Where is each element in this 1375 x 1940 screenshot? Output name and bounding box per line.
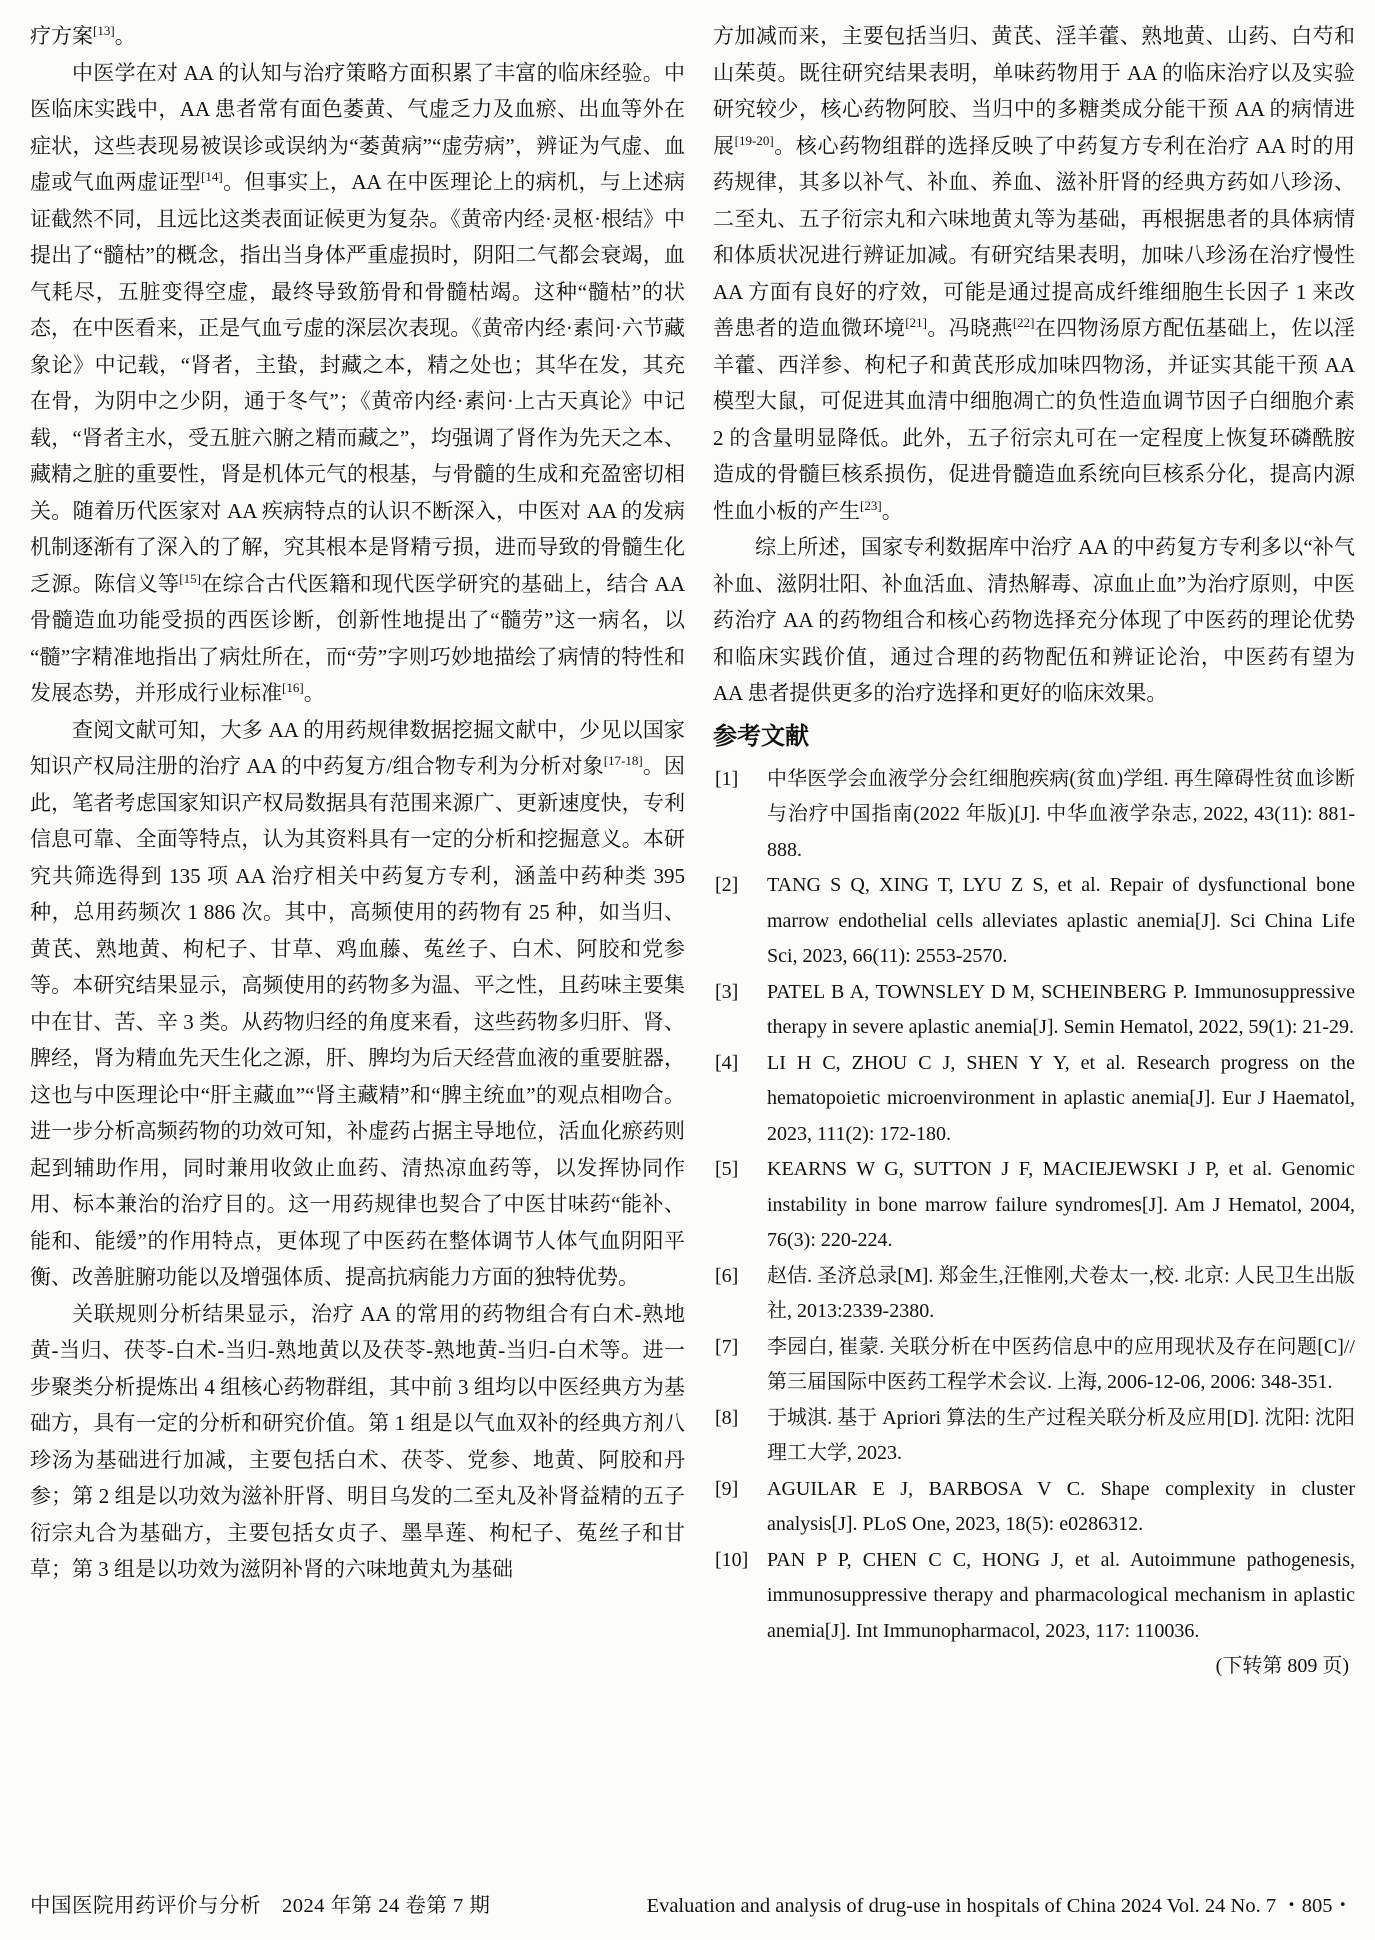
reference-item: [4] LI H C, ZHOU C J, SHEN Y Y, et al. R… (713, 1046, 1355, 1153)
reference-text: PAN P P, CHEN C C, HONG J, et al. Autoim… (767, 1549, 1355, 1642)
continuation-note: (下转第 809 页) (713, 1649, 1355, 1684)
reference-text: 李园白, 崔蒙. 关联分析在中医药信息中的应用现状及存在问题[C]//第三届国际… (767, 1336, 1355, 1394)
reference-text: AGUILAR E J, BARBOSA V C. Shape complexi… (767, 1478, 1355, 1536)
journal-page: 疗方案[13]。 中医学在对 AA 的认知与治疗策略方面积累了丰富的临床经验。中… (0, 0, 1375, 1684)
reference-number: [1] (715, 762, 738, 798)
footer-journal-title-cn: 中国医院用药评价与分析 2024 年第 24 卷第 7 期 (30, 1888, 490, 1918)
reference-number: [6] (715, 1259, 738, 1295)
references-heading: 参考文献 (713, 720, 1355, 754)
reference-number: [4] (715, 1046, 738, 1082)
paragraph-continuation: 疗方案[13]。 (30, 18, 685, 55)
paragraph: 综上所述，国家专利数据库中治疗 AA 的中药复方专利多以“补气补血、滋阴壮阳、补… (713, 529, 1355, 712)
reference-text: 于城淇. 基于 Apriori 算法的生产过程关联分析及应用[D]. 沈阳: 沈… (767, 1407, 1355, 1465)
reference-item: [8] 于城淇. 基于 Apriori 算法的生产过程关联分析及应用[D]. 沈… (713, 1401, 1355, 1472)
reference-text: 中华医学会血液学分会红细胞疾病(贫血)学组. 再生障碍性贫血诊断与治疗中国指南(… (767, 768, 1355, 861)
reference-number: [2] (715, 868, 738, 904)
reference-item: [10] PAN P P, CHEN C C, HONG J, et al. A… (713, 1543, 1355, 1650)
page-footer: 中国医院用药评价与分析 2024 年第 24 卷第 7 期 Evaluation… (0, 1888, 1375, 1918)
reference-number: [7] (715, 1330, 738, 1366)
reference-text: PATEL B A, TOWNSLEY D M, SCHEINBERG P. I… (767, 981, 1355, 1039)
reference-text: LI H C, ZHOU C J, SHEN Y Y, et al. Resea… (767, 1052, 1355, 1145)
reference-item: [3] PATEL B A, TOWNSLEY D M, SCHEINBERG … (713, 975, 1355, 1046)
reference-item: [6] 赵佶. 圣济总录[M]. 郑金生,汪惟刚,犬卷太一,校. 北京: 人民卫… (713, 1259, 1355, 1330)
paragraph: 关联规则分析结果显示，治疗 AA 的常用的药物组合有白术-熟地黄-当归、茯苓-白… (30, 1296, 685, 1588)
footer-journal-title-en: Evaluation and analysis of drug-use in h… (647, 1888, 1353, 1918)
reference-item: [7] 李园白, 崔蒙. 关联分析在中医药信息中的应用现状及存在问题[C]//第… (713, 1330, 1355, 1401)
reference-number: [8] (715, 1401, 738, 1437)
paragraph-continuation: 方加减而来，主要包括当归、黄芪、淫羊藿、熟地黄、山药、白芍和山茱萸。既往研究结果… (713, 18, 1355, 529)
reference-item: [2] TANG S Q, XING T, LYU Z S, et al. Re… (713, 868, 1355, 975)
reference-item: [9] AGUILAR E J, BARBOSA V C. Shape comp… (713, 1472, 1355, 1543)
paragraph: 中医学在对 AA 的认知与治疗策略方面积累了丰富的临床经验。中医临床实践中，AA… (30, 55, 685, 712)
paragraph: 查阅文献可知，大多 AA 的用药规律数据挖掘文献中，少见以国家知识产权局注册的治… (30, 712, 685, 1296)
reference-text: 赵佶. 圣济总录[M]. 郑金生,汪惟刚,犬卷太一,校. 北京: 人民卫生出版社… (767, 1265, 1355, 1323)
reference-text: KEARNS W G, SUTTON J F, MACIEJEWSKI J P,… (767, 1158, 1355, 1251)
reference-text: TANG S Q, XING T, LYU Z S, et al. Repair… (767, 874, 1355, 967)
reference-number: [5] (715, 1152, 738, 1188)
reference-number: [10] (715, 1543, 748, 1579)
right-column: 方加减而来，主要包括当归、黄芪、淫羊藿、熟地黄、山药、白芍和山茱萸。既往研究结果… (713, 18, 1355, 1684)
reference-item: [5] KEARNS W G, SUTTON J F, MACIEJEWSKI … (713, 1152, 1355, 1259)
reference-item: [1] 中华医学会血液学分会红细胞疾病(贫血)学组. 再生障碍性贫血诊断与治疗中… (713, 762, 1355, 869)
reference-number: [9] (715, 1472, 738, 1508)
left-column: 疗方案[13]。 中医学在对 AA 的认知与治疗策略方面积累了丰富的临床经验。中… (30, 18, 685, 1684)
reference-number: [3] (715, 975, 738, 1011)
